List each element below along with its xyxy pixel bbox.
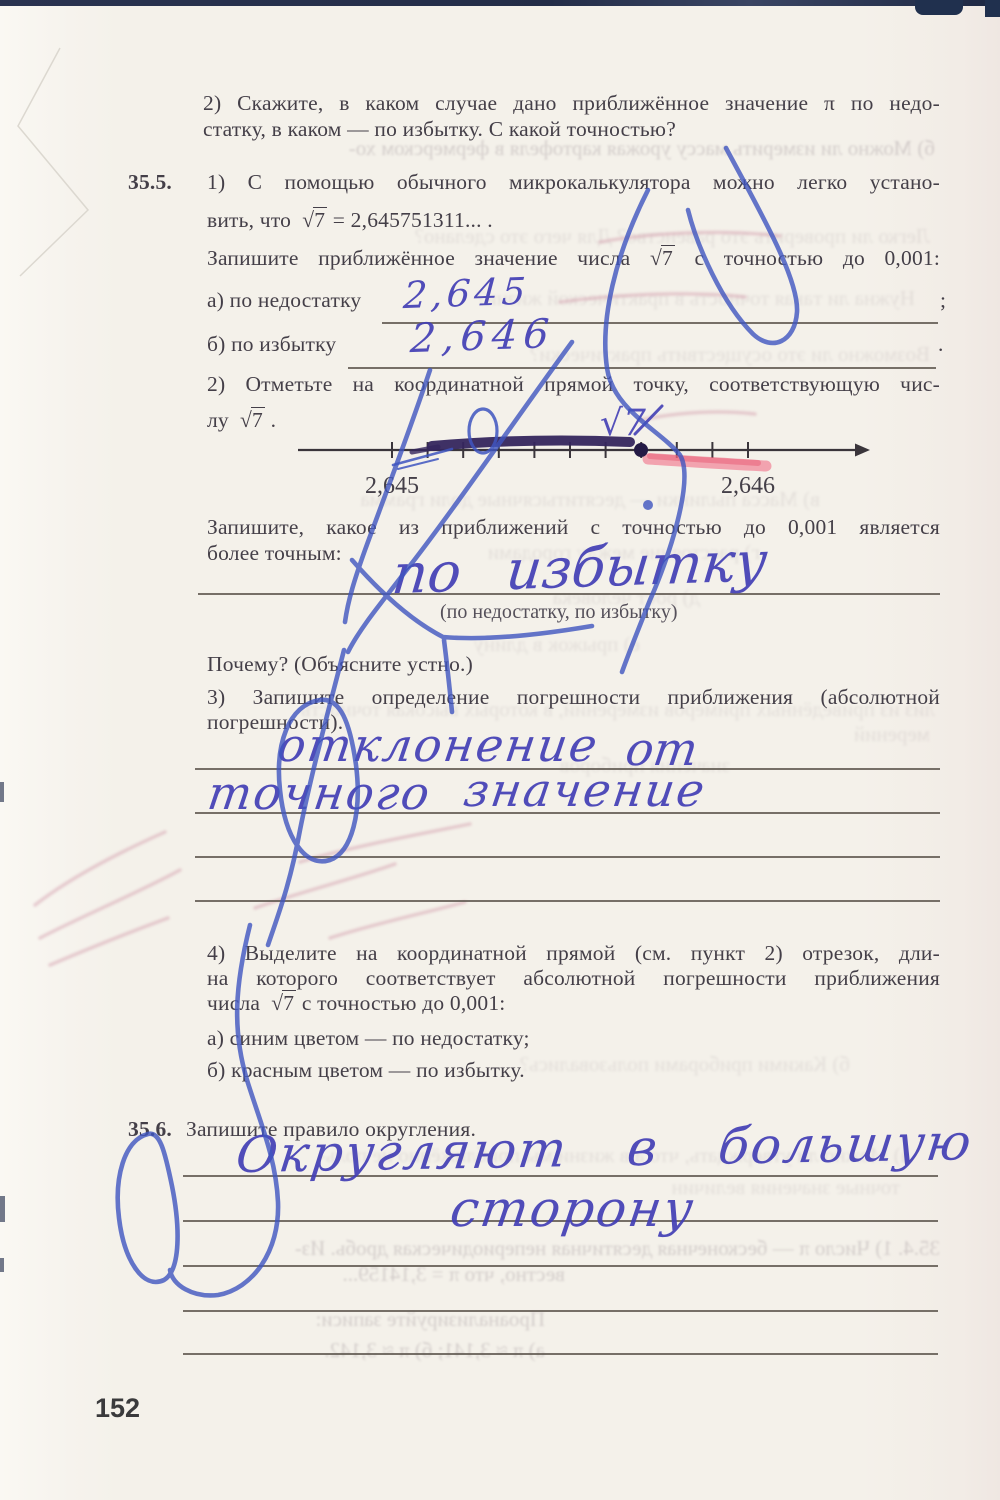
handwritten-rounding-rule-line1: Округляют в большую — [233, 1113, 976, 1184]
workbook-page-scan: б) Можно ли измерить массу урожая картоф… — [0, 0, 1000, 1500]
handwritten-definition-word: точного — [204, 766, 434, 820]
handwritten-answer-b: 2,646 — [409, 311, 557, 362]
handwritten-rounding-rule-line2: сторону — [447, 1180, 699, 1238]
handwritten-answer-a: 2,645 — [402, 270, 531, 318]
handwritten-definition-word: значение — [460, 763, 709, 817]
handwriting-layer: 2,645 2,646 по избытку отклонение от точ… — [0, 0, 1000, 1500]
handwritten-compare-answer: по избытку — [389, 529, 770, 606]
